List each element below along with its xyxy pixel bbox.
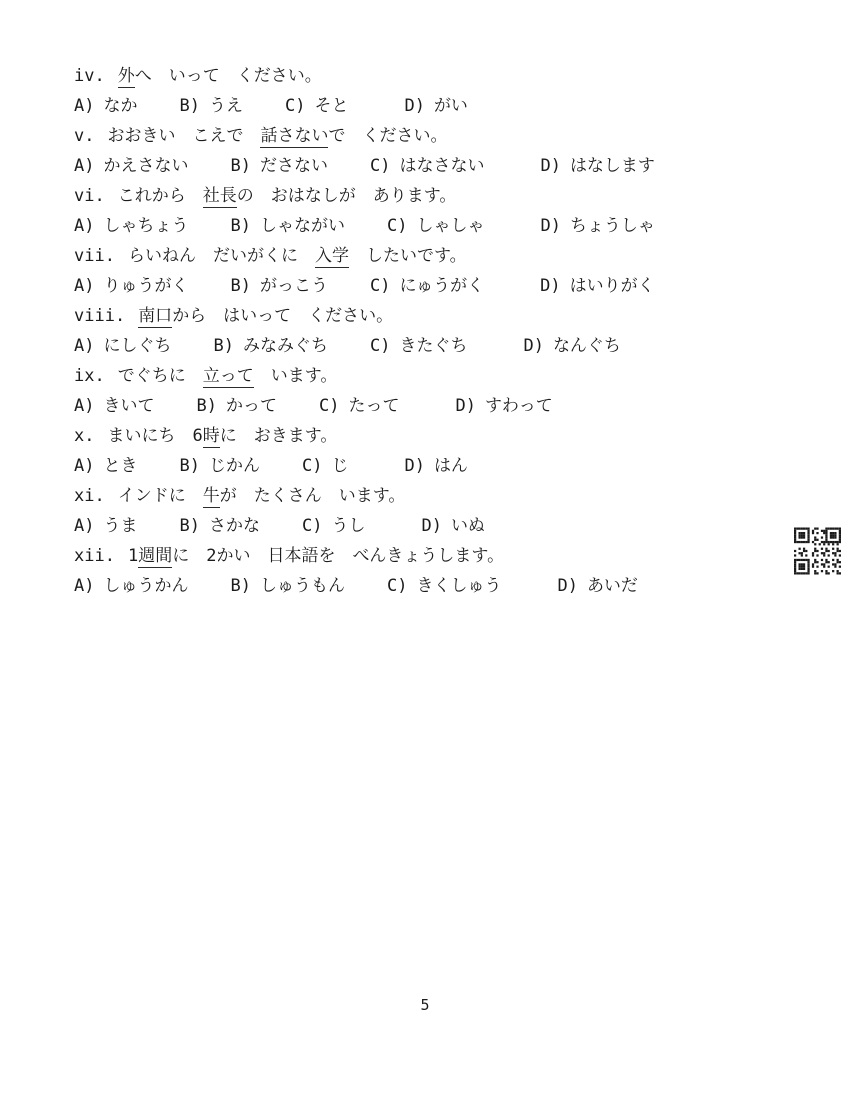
- answer-option: B)しゃながい: [230, 211, 344, 241]
- option-text: じ: [331, 456, 348, 476]
- option-label: A): [74, 516, 94, 536]
- option-label: B): [179, 516, 199, 536]
- option-text: なんぐち: [553, 336, 621, 356]
- option-text: にしぐち: [103, 336, 171, 356]
- answer-option: D)すわって: [455, 391, 552, 421]
- option-label: C): [319, 396, 339, 416]
- question-stem-text: これから 社長の おはなしが あります。: [118, 186, 457, 208]
- option-label: B): [230, 216, 250, 236]
- answer-option: C)にゅうがく: [370, 271, 484, 301]
- option-text: かえさない: [103, 156, 188, 176]
- option-label: B): [196, 396, 216, 416]
- option-text: はなします: [570, 156, 655, 176]
- answer-option: D)あいだ: [557, 571, 637, 601]
- option-text: しゃながい: [260, 216, 345, 236]
- question-block: viii.南口から はいって ください。 A)にしぐちB)みなみぐちC)きたぐち…: [74, 301, 820, 361]
- stem-text-segment: に おきます。: [220, 426, 338, 446]
- stem-underlined-term: 入学: [315, 246, 349, 268]
- stem-underlined-term: 話さない: [260, 126, 328, 148]
- answer-option: A)なか: [74, 91, 137, 121]
- option-text: しゅうかん: [103, 576, 188, 596]
- answer-option: A)うま: [74, 511, 137, 541]
- answer-option: D)はなします: [540, 151, 654, 181]
- option-text: かって: [226, 396, 277, 416]
- stem-text-segment: います。: [254, 366, 338, 386]
- stem-underlined-term: 立って: [203, 366, 254, 388]
- option-label: C): [387, 576, 407, 596]
- stem-text-segment: の おはなしが あります。: [237, 186, 457, 206]
- option-label: D): [404, 96, 424, 116]
- question-options: A)かえさないB)ださないC)はなさないD)はなします: [74, 151, 820, 181]
- option-label: A): [74, 276, 94, 296]
- question-number: vii.: [74, 246, 115, 266]
- option-text: すわって: [485, 396, 553, 416]
- option-label: A): [74, 216, 94, 236]
- stem-text-segment: したいです。: [349, 246, 467, 266]
- option-text: うえ: [209, 96, 243, 116]
- answer-option: B)みなみぐち: [213, 331, 327, 361]
- question-stem-text: おおきい こえで 話さないで ください。: [107, 126, 447, 148]
- stem-underlined-term: 外: [118, 66, 135, 88]
- stem-text-segment: が たくさん います。: [220, 486, 406, 506]
- question-stem: xi.インドに 牛が たくさん います。: [74, 481, 820, 511]
- question-number: xi.: [74, 486, 105, 506]
- answer-option: C)きたぐち: [370, 331, 467, 361]
- option-label: D): [523, 336, 543, 356]
- answer-option: D)はいりがく: [540, 271, 654, 301]
- option-text: あいだ: [587, 576, 638, 596]
- answer-option: B)がっこう: [230, 271, 327, 301]
- option-label: A): [74, 456, 94, 476]
- answer-option: A)しゃちょう: [74, 211, 188, 241]
- question-number: xii.: [74, 546, 115, 566]
- option-label: A): [74, 396, 94, 416]
- option-label: B): [179, 456, 199, 476]
- stem-text-segment: に 2かい 日本語を べんきょうします。: [172, 546, 504, 566]
- option-text: ちょうしゃ: [570, 216, 655, 236]
- question-stem: vii.らいねん だいがくに 入学 したいです。: [74, 241, 820, 271]
- option-label: C): [387, 216, 407, 236]
- answer-option: D)がい: [404, 91, 467, 121]
- stem-text-segment: インドに: [118, 486, 203, 506]
- answer-option: A)にしぐち: [74, 331, 171, 361]
- stem-text-segment: これから: [118, 186, 203, 206]
- option-text: しゃしゃ: [416, 216, 484, 236]
- question-block: ix.でぐちに 立って います。 A)きいてB)かってC)たってD)すわって: [74, 361, 820, 421]
- answer-option: A)かえさない: [74, 151, 188, 181]
- option-label: D): [540, 156, 560, 176]
- option-label: D): [404, 456, 424, 476]
- answer-option: C)きくしゅう: [387, 571, 501, 601]
- option-label: D): [540, 276, 560, 296]
- option-text: じかん: [209, 456, 260, 476]
- question-options: A)にしぐちB)みなみぐちC)きたぐちD)なんぐち: [74, 331, 820, 361]
- option-label: C): [302, 516, 322, 536]
- question-number: vi.: [74, 186, 105, 206]
- stem-underlined-term: 牛: [203, 486, 220, 508]
- option-text: うま: [103, 516, 137, 536]
- option-text: ださない: [260, 156, 328, 176]
- question-options: A)ときB)じかんC)じD)はん: [74, 451, 820, 481]
- option-label: C): [370, 156, 390, 176]
- option-text: きたぐち: [399, 336, 467, 356]
- question-block: xii.1週間に 2かい 日本語を べんきょうします。 A)しゅうかんB)しゅう…: [74, 541, 820, 601]
- question-block: iv.外へ いって ください。 A)なかB)うえC)そとD)がい: [74, 61, 820, 121]
- question-number: iv.: [74, 66, 105, 86]
- question-stem: x.まいにち 6時に おきます。: [74, 421, 820, 451]
- option-label: D): [455, 396, 475, 416]
- option-label: A): [74, 156, 94, 176]
- question-number: v.: [74, 126, 94, 146]
- answer-option: D)いぬ: [421, 511, 484, 541]
- option-label: B): [179, 96, 199, 116]
- question-stem: iv.外へ いって ください。: [74, 61, 820, 91]
- option-label: B): [230, 156, 250, 176]
- question-number: ix.: [74, 366, 105, 386]
- qr-code: [794, 527, 841, 575]
- answer-option: D)なんぐち: [523, 331, 620, 361]
- question-stem-text: 外へ いって ください。: [118, 66, 322, 88]
- stem-text-segment: で ください。: [328, 126, 447, 146]
- option-label: A): [74, 336, 94, 356]
- page-number: 5: [420, 996, 429, 1014]
- answer-option: C)しゃしゃ: [387, 211, 484, 241]
- option-text: りゅうがく: [103, 276, 188, 296]
- option-label: A): [74, 576, 94, 596]
- question-options: A)しゅうかんB)しゅうもんC)きくしゅうD)あいだ: [74, 571, 820, 601]
- option-label: C): [370, 276, 390, 296]
- question-stem-text: 南口から はいって ください。: [138, 306, 393, 328]
- question-block: v.おおきい こえで 話さないで ください。 A)かえさないB)ださないC)はな…: [74, 121, 820, 181]
- answer-option: B)ださない: [230, 151, 327, 181]
- question-stem: vi.これから 社長の おはなしが あります。: [74, 181, 820, 211]
- option-text: はいりがく: [570, 276, 655, 296]
- option-label: C): [370, 336, 390, 356]
- stem-underlined-term: 時: [203, 426, 220, 448]
- question-stem: viii.南口から はいって ください。: [74, 301, 820, 331]
- answer-option: C)たって: [319, 391, 399, 421]
- option-text: きいて: [103, 396, 154, 416]
- qr-code-svg: [794, 527, 841, 575]
- question-options: A)きいてB)かってC)たってD)すわって: [74, 391, 820, 421]
- question-options: A)うまB)さかなC)うしD)いぬ: [74, 511, 820, 541]
- answer-option: D)はん: [404, 451, 467, 481]
- question-number: viii.: [74, 306, 125, 326]
- stem-text-segment: らいねん だいがくに: [128, 246, 315, 266]
- question-options: A)しゃちょうB)しゃながいC)しゃしゃD)ちょうしゃ: [74, 211, 820, 241]
- question-block: vii.らいねん だいがくに 入学 したいです。 A)りゅうがくB)がっこうC)…: [74, 241, 820, 301]
- option-text: はなさない: [399, 156, 484, 176]
- option-text: にゅうがく: [399, 276, 484, 296]
- option-text: うし: [331, 516, 365, 536]
- option-label: C): [302, 456, 322, 476]
- option-text: いぬ: [451, 516, 485, 536]
- option-text: がい: [434, 96, 468, 116]
- answer-option: A)きいて: [74, 391, 154, 421]
- question-stem: v.おおきい こえで 話さないで ください。: [74, 121, 820, 151]
- answer-option: C)はなさない: [370, 151, 484, 181]
- question-stem-text: でぐちに 立って います。: [118, 366, 338, 388]
- stem-text-segment: おおきい こえで: [107, 126, 260, 146]
- option-label: D): [557, 576, 577, 596]
- option-label: D): [421, 516, 441, 536]
- option-text: たって: [348, 396, 399, 416]
- question-options: A)りゅうがくB)がっこうC)にゅうがくD)はいりがく: [74, 271, 820, 301]
- stem-text-segment: まいにち 6: [107, 426, 202, 446]
- stem-underlined-term: 社長: [203, 186, 237, 208]
- option-text: がっこう: [260, 276, 328, 296]
- stem-underlined-term: 週間: [138, 546, 172, 568]
- question-options: A)なかB)うえC)そとD)がい: [74, 91, 820, 121]
- question-stem-text: 1週間に 2かい 日本語を べんきょうします。: [128, 546, 504, 568]
- answer-option: D)ちょうしゃ: [540, 211, 654, 241]
- question-block: vi.これから 社長の おはなしが あります。 A)しゃちょうB)しゃながいC)…: [74, 181, 820, 241]
- answer-option: B)じかん: [179, 451, 259, 481]
- option-text: とき: [103, 456, 137, 476]
- answer-option: B)かって: [196, 391, 276, 421]
- answer-option: C)そと: [285, 91, 348, 121]
- option-label: B): [213, 336, 233, 356]
- question-number: x.: [74, 426, 94, 446]
- stem-text-segment: から はいって ください。: [172, 306, 393, 326]
- question-stem-text: らいねん だいがくに 入学 したいです。: [128, 246, 467, 268]
- option-text: しゅうもん: [260, 576, 345, 596]
- question-stem: xii.1週間に 2かい 日本語を べんきょうします。: [74, 541, 820, 571]
- answer-option: B)さかな: [179, 511, 259, 541]
- option-label: B): [230, 576, 250, 596]
- answer-option: A)しゅうかん: [74, 571, 188, 601]
- option-text: なか: [103, 96, 137, 116]
- questions-list: iv.外へ いって ください。 A)なかB)うえC)そとD)がい v.おおきい …: [74, 61, 820, 601]
- question-stem-text: インドに 牛が たくさん います。: [118, 486, 406, 508]
- answer-option: B)しゅうもん: [230, 571, 344, 601]
- option-label: A): [74, 96, 94, 116]
- answer-option: A)りゅうがく: [74, 271, 188, 301]
- stem-text-segment: でぐちに: [118, 366, 203, 386]
- option-label: C): [285, 96, 305, 116]
- option-text: みなみぐち: [243, 336, 328, 356]
- answer-option: A)とき: [74, 451, 137, 481]
- question-stem: ix.でぐちに 立って います。: [74, 361, 820, 391]
- answer-option: C)じ: [302, 451, 348, 481]
- option-text: きくしゅう: [416, 576, 501, 596]
- option-label: B): [230, 276, 250, 296]
- option-text: しゃちょう: [103, 216, 188, 236]
- question-block: xi.インドに 牛が たくさん います。 A)うまB)さかなC)うしD)いぬ: [74, 481, 820, 541]
- answer-option: C)うし: [302, 511, 365, 541]
- option-text: はん: [434, 456, 468, 476]
- option-text: さかな: [209, 516, 260, 536]
- stem-underlined-term: 南口: [138, 306, 172, 328]
- option-text: そと: [314, 96, 348, 116]
- option-label: D): [540, 216, 560, 236]
- question-stem-text: まいにち 6時に おきます。: [107, 426, 337, 448]
- stem-text-segment: 1: [128, 546, 138, 566]
- question-block: x.まいにち 6時に おきます。 A)ときB)じかんC)じD)はん: [74, 421, 820, 481]
- page-footer: 5: [0, 994, 850, 1024]
- stem-text-segment: へ いって ください。: [135, 66, 322, 86]
- answer-option: B)うえ: [179, 91, 242, 121]
